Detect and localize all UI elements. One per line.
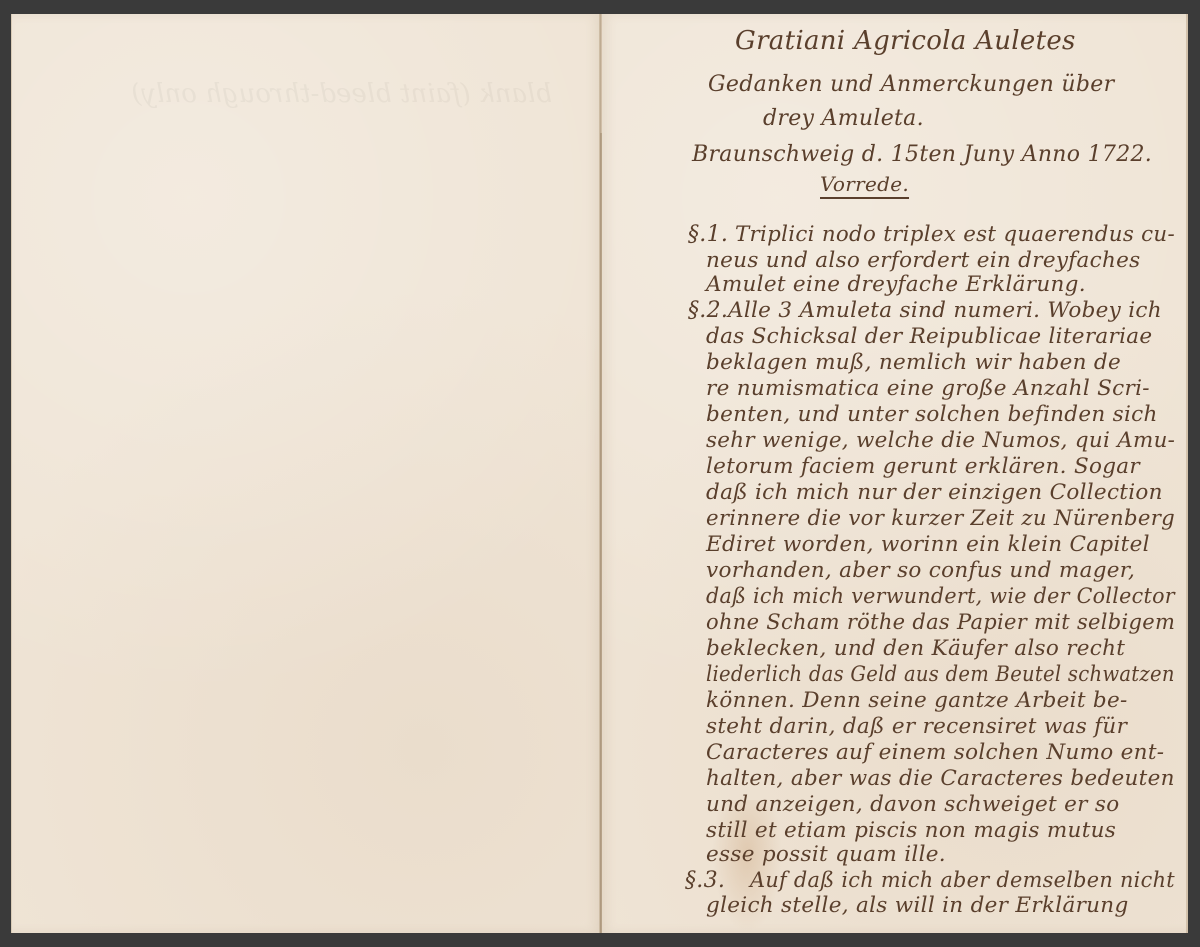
text-line: Alle 3 Amuleta sind numeri. Wobey ich xyxy=(728,298,1162,323)
text-line: Caracteres auf einem solchen Numo ent- xyxy=(706,740,1164,765)
text-line: Auf daß ich mich aber demselben nicht xyxy=(750,868,1175,893)
binding-thread xyxy=(600,133,602,933)
text-line: benten, und unter solchen befinden sich xyxy=(706,402,1158,427)
section-heading-vorrede: Vorrede. xyxy=(820,172,909,196)
text-line: neus und also erfordert ein dreyfaches xyxy=(706,248,1141,273)
text-line: gleich stelle, als will in der Erklärung xyxy=(706,893,1129,918)
manuscript-dateline: Braunschweig d. 15ten Juny Anno 1722. xyxy=(692,142,1152,167)
section-label: §.3. xyxy=(685,868,725,893)
text-line: beklecken, und den Käufer also recht xyxy=(706,636,1125,661)
section-label: §.1. xyxy=(688,222,728,247)
text-line: daß ich mich verwundert, wie der Collect… xyxy=(706,584,1175,609)
manuscript-title: Gratiani Agricola Auletes xyxy=(735,26,1076,56)
bleed-through-text: blank (faint bleed-through only) xyxy=(72,74,552,894)
text-line: Ediret worden, worinn ein klein Capitel xyxy=(706,532,1150,557)
text-line: re numismatica eine große Anzahl Scri- xyxy=(706,376,1150,401)
text-line: erinnere die vor kurzer Zeit zu Nürenber… xyxy=(706,506,1175,531)
text-line: und anzeigen, davon schweiget er so xyxy=(706,792,1119,817)
text-line: das Schicksal der Reipublicae literariae xyxy=(706,324,1152,349)
left-page: blank (faint bleed-through only) xyxy=(11,14,601,933)
text-line: sehr wenige, welche die Numos, qui Amu- xyxy=(706,428,1175,453)
text-line: liederlich das Geld aus dem Beutel schwa… xyxy=(706,662,1175,687)
text-line: steht darin, daß er recensiret was für xyxy=(706,714,1127,739)
text-line: vorhanden, aber so confus und mager, xyxy=(706,558,1135,583)
text-line: esse possit quam ille. xyxy=(706,842,946,867)
text-line: beklagen muß, nemlich wir haben de xyxy=(706,350,1121,375)
text-line: Amulet eine dreyfache Erklärung. xyxy=(706,272,1086,297)
text-line: Triplici nodo triplex est quaerendus cu- xyxy=(735,222,1175,247)
manuscript-subtitle-line-2: drey Amuleta. xyxy=(763,106,924,131)
text-line: daß ich mich nur der einzigen Collection xyxy=(706,480,1163,505)
text-line: ohne Scham röthe das Papier mit selbigem xyxy=(706,610,1175,635)
text-line: still et etiam piscis non magis mutus xyxy=(706,818,1116,843)
text-line: letorum faciem gerunt erklären. Sogar xyxy=(706,454,1140,479)
manuscript-subtitle-line-1: Gedanken und Anmerckungen über xyxy=(708,72,1114,97)
text-line: halten, aber was die Caracteres bedeuten xyxy=(706,766,1175,791)
section-label: §.2. xyxy=(688,298,728,323)
text-line: können. Denn seine gantze Arbeit be- xyxy=(706,688,1128,713)
